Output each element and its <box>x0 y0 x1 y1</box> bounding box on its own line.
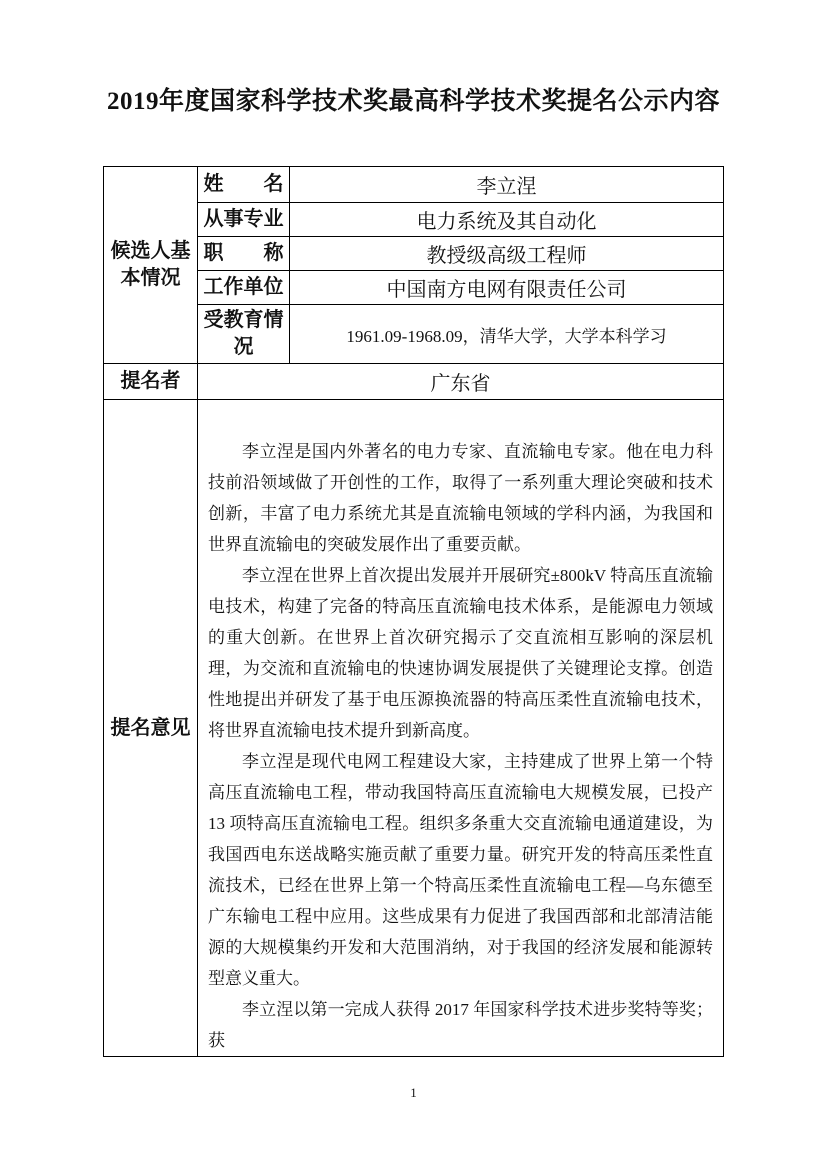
field-label-name: 姓 名 <box>198 167 290 203</box>
document-page: 2019年度国家科学技术奖最高科学技术奖提名公示内容 候选人基本情况 姓 名 李… <box>0 0 827 1169</box>
opinion-paragraph: 李立涅是现代电网工程建设大家，主持建成了世界上第一个特高压直流输电工程，带动我国… <box>208 746 713 994</box>
field-value-profession: 电力系统及其自动化 <box>290 203 724 237</box>
opinion-paragraph: 李立涅在世界上首次提出发展并开展研究±800kV 特高压直流输电技术，构建了完备… <box>208 560 713 746</box>
nomination-form-table: 候选人基本情况 姓 名 李立涅 从事专业 电力系统及其自动化 职 称 教授级高级… <box>103 166 724 1057</box>
field-value-workunit: 中国南方电网有限责任公司 <box>290 271 724 305</box>
nominator-label: 提名者 <box>104 364 198 400</box>
opinion-content: 李立涅是国内外著名的电力专家、直流输电专家。他在电力科技前沿领域做了开创性的工作… <box>198 400 724 1057</box>
nominator-value: 广东省 <box>198 364 724 400</box>
opinion-label: 提名意见 <box>104 400 198 1057</box>
field-value-name: 李立涅 <box>290 167 724 203</box>
field-value-education: 1961.09-1968.09，清华大学，大学本科学习 <box>290 305 724 364</box>
opinion-paragraph: 李立涅是国内外著名的电力专家、直流输电专家。他在电力科技前沿领域做了开创性的工作… <box>208 436 713 560</box>
field-label-workunit: 工作单位 <box>198 271 290 305</box>
field-value-title: 教授级高级工程师 <box>290 237 724 271</box>
page-number: 1 <box>0 1085 827 1101</box>
page-title: 2019年度国家科学技术奖最高科学技术奖提名公示内容 <box>20 86 807 118</box>
field-label-profession: 从事专业 <box>198 203 290 237</box>
opinion-paragraph: 李立涅以第一完成人获得 2017 年国家科学技术进步奖特等奖；获 <box>208 994 713 1056</box>
field-label-education: 受教育情况 <box>198 305 290 364</box>
candidate-group-label: 候选人基本情况 <box>104 167 198 364</box>
field-label-title: 职 称 <box>198 237 290 271</box>
